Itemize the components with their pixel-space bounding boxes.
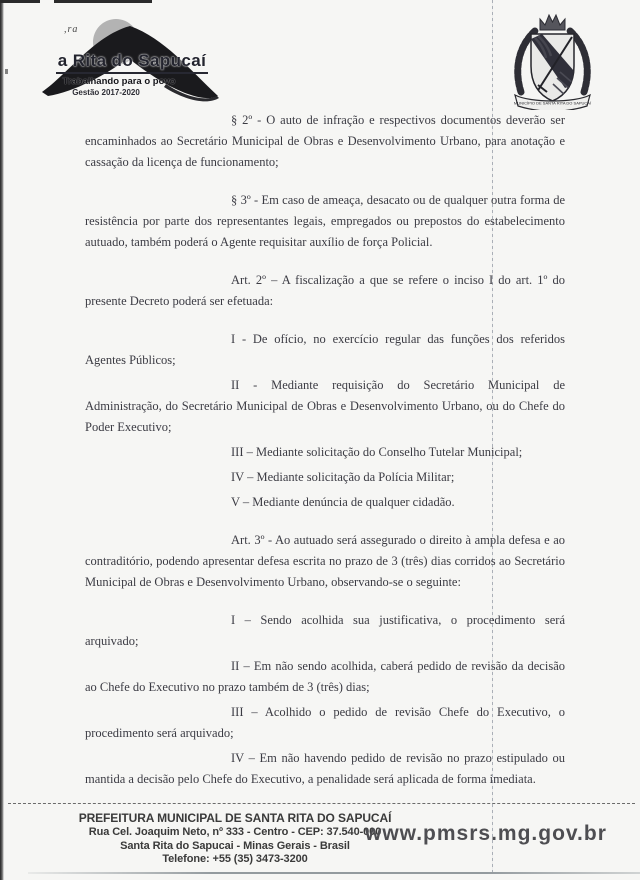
- document-paragraph: Art. 2º – A fiscalização a que se refere…: [85, 270, 565, 312]
- scan-top-edge-artifact: [0, 0, 152, 3]
- document-paragraph: V – Mediante denúncia de qualquer cidadã…: [85, 492, 565, 513]
- document-paragraph: Art. 3º - Ao autuado será assegurado o d…: [85, 530, 565, 593]
- crest-banner-text: MUNICÍPIO DE SANTA RITA DO SAPUCAÍ: [514, 101, 592, 106]
- footer-divider: [8, 803, 635, 804]
- document-paragraph: II – Em não sendo acolhida, caberá pedid…: [85, 656, 565, 698]
- logo-slogan: Trabalhando para o povo: [38, 76, 200, 87]
- city-logo: ,ra a Rita do Sapucaí Trabalhando para o…: [38, 12, 226, 106]
- document-paragraph: § 2º - O auto de infração e respectivos …: [85, 110, 565, 173]
- document-paragraph: IV – Em não havendo pedido de revisão no…: [85, 748, 565, 790]
- document-paragraph: I - De ofício, no exercício regular das …: [85, 329, 565, 371]
- document-paragraph: III – Mediante solicitação do Conselho T…: [85, 442, 565, 463]
- logo-term: Gestão 2017-2020: [38, 88, 174, 97]
- logo-title: a Rita do Sapucaí: [56, 52, 209, 74]
- footer-phone: Telefone: +55 (35) 3473-3200: [35, 853, 435, 867]
- letterhead: ,ra a Rita do Sapucaí Trabalhando para o…: [0, 0, 640, 110]
- scanned-document-page: ,ra a Rita do Sapucaí Trabalhando para o…: [0, 0, 640, 880]
- document-paragraph: IV – Mediante solicitação da Polícia Mil…: [85, 467, 565, 488]
- scan-left-edge-artifact: [0, 0, 4, 880]
- document-body: § 2º - O auto de infração e respectivos …: [85, 110, 565, 802]
- document-paragraph: § 3º - Em caso de ameaça, desacato ou de…: [85, 190, 565, 253]
- document-paragraph: II - Mediante requisição do Secretário M…: [85, 375, 565, 438]
- scan-speck-artifact: [5, 69, 8, 74]
- logo-title-wrap: a Rita do Sapucaí: [38, 52, 226, 74]
- scan-bottom-line-artifact: [28, 872, 640, 874]
- page-footer: PREFEITURA MUNICIPAL DE SANTA RITA DO SA…: [0, 803, 640, 880]
- document-paragraph: III – Acolhido o pedido de revisão Chefe…: [85, 702, 565, 744]
- document-paragraph: I – Sendo acolhida sua justificativa, o …: [85, 610, 565, 652]
- logo-pre-text: ,ra: [64, 24, 78, 35]
- municipal-coat-of-arms-icon: MUNICÍPIO DE SANTA RITA DO SAPUCAÍ: [505, 8, 600, 110]
- footer-website: www.pmsrs.mg.gov.br: [365, 822, 595, 846]
